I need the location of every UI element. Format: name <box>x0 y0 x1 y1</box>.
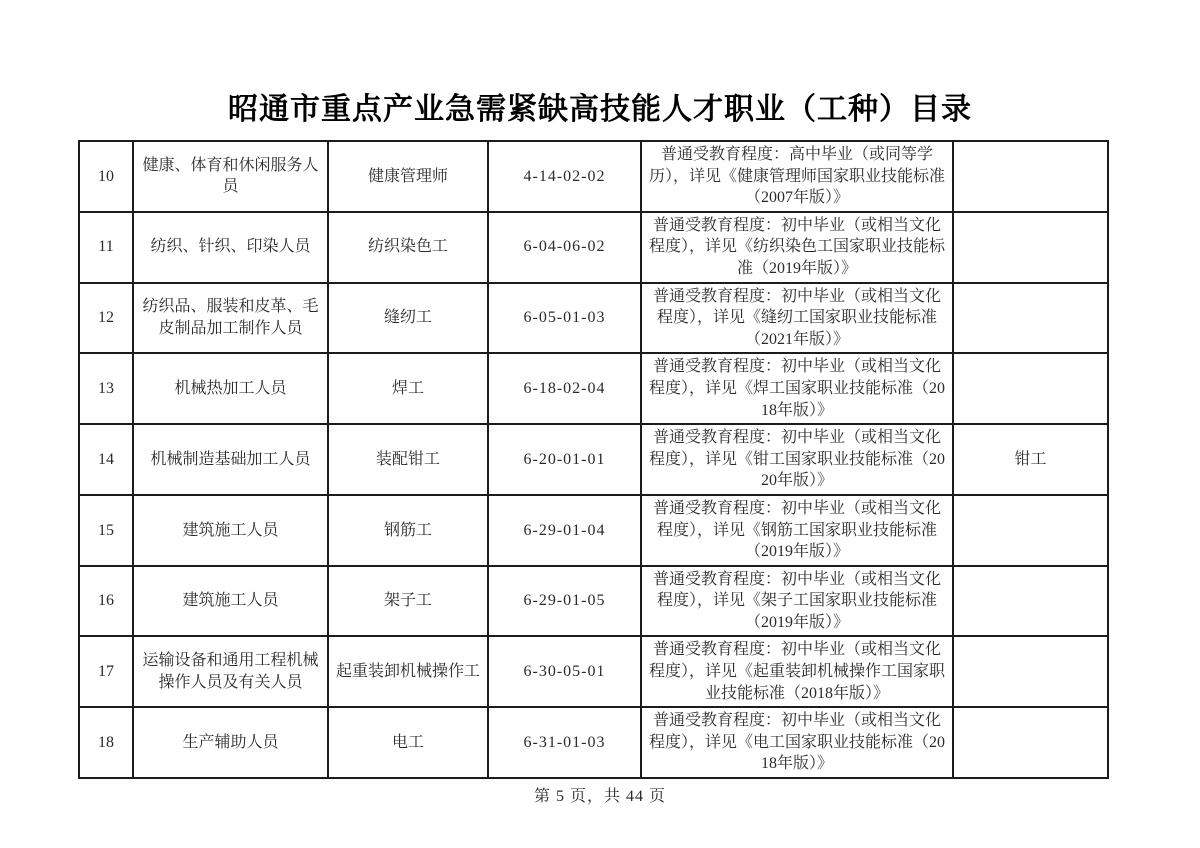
cell-category: 健康、体育和休闲服务人员 <box>133 141 328 212</box>
cell-category: 机械热加工人员 <box>133 353 328 424</box>
document-page: 昭通市重点产业急需紧缺高技能人才职业（工种）目录 10 健康、体育和休闲服务人员… <box>0 0 1200 848</box>
cell-category: 机械制造基础加工人员 <box>133 424 328 495</box>
cell-row-number: 15 <box>79 495 133 566</box>
cell-code: 6-30-05-01 <box>488 636 641 707</box>
cell-requirement: 普通受教育程度：高中毕业（或同等学历），详见《健康管理师国家职业技能标准（200… <box>641 141 953 212</box>
cell-occupation: 焊工 <box>328 353 488 424</box>
cell-code: 4-14-02-02 <box>488 141 641 212</box>
cell-occupation: 纺织染色工 <box>328 212 488 283</box>
cell-remark <box>953 212 1108 283</box>
cell-code: 6-29-01-05 <box>488 566 641 637</box>
cell-occupation: 健康管理师 <box>328 141 488 212</box>
cell-code: 6-31-01-03 <box>488 707 641 778</box>
cell-row-number: 12 <box>79 283 133 354</box>
cell-remark <box>953 283 1108 354</box>
cell-requirement: 普通受教育程度：初中毕业（或相当文化程度），详见《架子工国家职业技能标准（201… <box>641 566 953 637</box>
cell-remark <box>953 353 1108 424</box>
cell-code: 6-18-02-04 <box>488 353 641 424</box>
cell-remark <box>953 707 1108 778</box>
cell-remark <box>953 495 1108 566</box>
cell-row-number: 10 <box>79 141 133 212</box>
cell-category: 纺织品、服装和皮革、毛皮制品加工制作人员 <box>133 283 328 354</box>
cell-requirement: 普通受教育程度：初中毕业（或相当文化程度），详见《缝纫工国家职业技能标准（202… <box>641 283 953 354</box>
cell-remark: 钳工 <box>953 424 1108 495</box>
cell-code: 6-20-01-01 <box>488 424 641 495</box>
cell-requirement: 普通受教育程度：初中毕业（或相当文化程度），详见《起重装卸机械操作工国家职业技能… <box>641 636 953 707</box>
cell-requirement: 普通受教育程度：初中毕业（或相当文化程度），详见《钢筋工国家职业技能标准（201… <box>641 495 953 566</box>
table-row: 17 运输设备和通用工程机械操作人员及有关人员 起重装卸机械操作工 6-30-0… <box>79 636 1108 707</box>
cell-row-number: 13 <box>79 353 133 424</box>
cell-occupation: 装配钳工 <box>328 424 488 495</box>
cell-category: 纺织、针织、印染人员 <box>133 212 328 283</box>
cell-requirement: 普通受教育程度：初中毕业（或相当文化程度），详见《电工国家职业技能标准（2018… <box>641 707 953 778</box>
cell-code: 6-04-06-02 <box>488 212 641 283</box>
cell-row-number: 14 <box>79 424 133 495</box>
cell-occupation: 钢筋工 <box>328 495 488 566</box>
cell-remark <box>953 141 1108 212</box>
cell-requirement: 普通受教育程度：初中毕业（或相当文化程度），详见《纺织染色工国家职业技能标准（2… <box>641 212 953 283</box>
cell-occupation: 缝纫工 <box>328 283 488 354</box>
cell-occupation: 电工 <box>328 707 488 778</box>
table-row: 12 纺织品、服装和皮革、毛皮制品加工制作人员 缝纫工 6-05-01-03 普… <box>79 283 1108 354</box>
table-row: 11 纺织、针织、印染人员 纺织染色工 6-04-06-02 普通受教育程度：初… <box>79 212 1108 283</box>
cell-row-number: 16 <box>79 566 133 637</box>
cell-requirement: 普通受教育程度：初中毕业（或相当文化程度），详见《钳工国家职业技能标准（2020… <box>641 424 953 495</box>
cell-occupation: 架子工 <box>328 566 488 637</box>
cell-category: 建筑施工人员 <box>133 495 328 566</box>
table-row: 18 生产辅助人员 电工 6-31-01-03 普通受教育程度：初中毕业（或相当… <box>79 707 1108 778</box>
cell-category: 建筑施工人员 <box>133 566 328 637</box>
table-row: 10 健康、体育和休闲服务人员 健康管理师 4-14-02-02 普通受教育程度… <box>79 141 1108 212</box>
table-row: 15 建筑施工人员 钢筋工 6-29-01-04 普通受教育程度：初中毕业（或相… <box>79 495 1108 566</box>
cell-remark <box>953 636 1108 707</box>
cell-requirement: 普通受教育程度：初中毕业（或相当文化程度），详见《焊工国家职业技能标准（2018… <box>641 353 953 424</box>
cell-row-number: 18 <box>79 707 133 778</box>
cell-category: 运输设备和通用工程机械操作人员及有关人员 <box>133 636 328 707</box>
cell-row-number: 11 <box>79 212 133 283</box>
catalog-table: 10 健康、体育和休闲服务人员 健康管理师 4-14-02-02 普通受教育程度… <box>78 140 1109 779</box>
cell-occupation: 起重装卸机械操作工 <box>328 636 488 707</box>
cell-row-number: 17 <box>79 636 133 707</box>
table-row: 13 机械热加工人员 焊工 6-18-02-04 普通受教育程度：初中毕业（或相… <box>79 353 1108 424</box>
page-title: 昭通市重点产业急需紧缺高技能人才职业（工种）目录 <box>0 84 1200 128</box>
table-row: 14 机械制造基础加工人员 装配钳工 6-20-01-01 普通受教育程度：初中… <box>79 424 1108 495</box>
table-row: 16 建筑施工人员 架子工 6-29-01-05 普通受教育程度：初中毕业（或相… <box>79 566 1108 637</box>
cell-remark <box>953 566 1108 637</box>
cell-code: 6-05-01-03 <box>488 283 641 354</box>
cell-category: 生产辅助人员 <box>133 707 328 778</box>
page-number: 第 5 页，共 44 页 <box>0 783 1200 806</box>
cell-code: 6-29-01-04 <box>488 495 641 566</box>
